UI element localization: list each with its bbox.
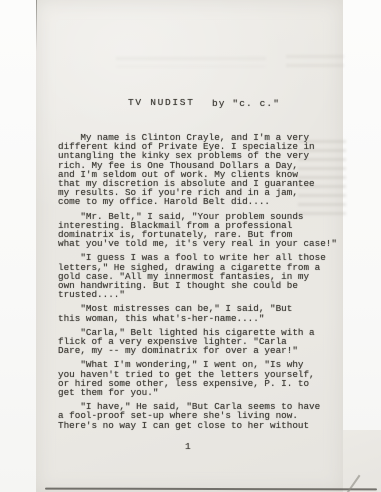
paragraph-4: "Most mistresses can be," I said, "But t…	[58, 304, 350, 322]
paragraph-5: "Carla," Belt lighted his cigarette with…	[58, 328, 350, 356]
page-bottom-edge-shadow	[45, 488, 377, 491]
paragraph-2: "Mr. Belt," I said, "Your problem sounds…	[58, 212, 350, 249]
paragraph-6: "What I'm wondering," I went on, "Is why…	[58, 360, 350, 397]
paragraph-1: My name is Clinton Crayle, and I'm a ver…	[58, 133, 350, 207]
page-left-edge-crease	[36, 0, 37, 52]
ink-showthrough-artifact	[116, 57, 266, 67]
paragraph-7: "I have," He said, "But Carla seems to h…	[58, 402, 350, 430]
paragraph-3: "I guess I was a fool to write her all t…	[58, 253, 350, 299]
story-title: TV NUDIST	[128, 97, 195, 108]
page-corner-extension	[343, 430, 381, 492]
ink-showthrough-artifact	[286, 55, 344, 69]
page-number: 1	[185, 441, 191, 452]
story-text-block: My name is Clinton Crayle, and I'm a ver…	[58, 133, 350, 435]
scanned-page: TV NUDIST by "c. c." My name is Clinton …	[36, 0, 343, 492]
story-byline: by "c. c."	[212, 98, 280, 109]
